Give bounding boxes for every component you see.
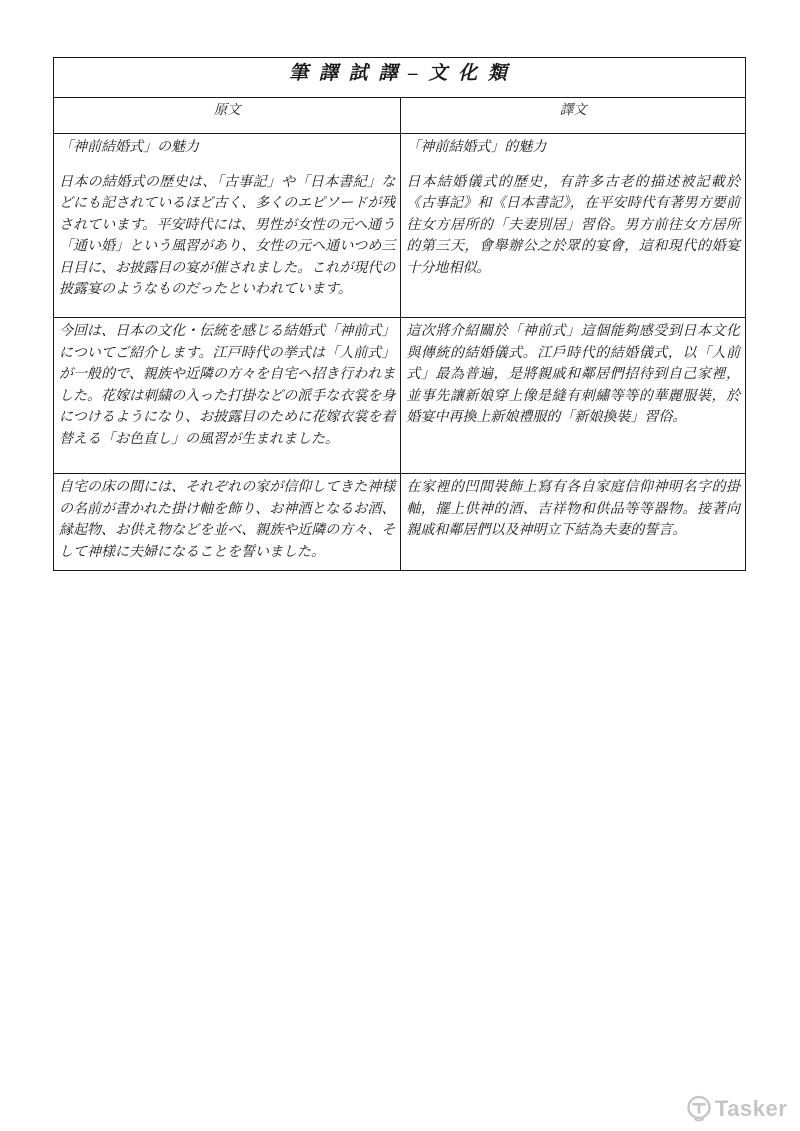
column-header-target: 譯文 [401, 98, 746, 134]
watermark-label: Tasker [715, 1096, 787, 1122]
target-body: 在家裡的凹間裝飾上寫有各自家庭信仰神明名字的掛軸，擺上供神的酒、吉祥物和供品等等… [406, 477, 740, 542]
source-body: 日本の結婚式の歴史は、「古事記」や「日本書紀」などにも記されているほど古く、多く… [59, 172, 395, 301]
table-row: 自宅の床の間には、それぞれの家が信仰してきた神様の名前が書かれた掛け軸を飾り、お… [54, 474, 746, 571]
table-row: 今回は、日本の文化・伝統を感じる結婚式「神前式」についてご紹介します。江戸時代の… [54, 318, 746, 474]
target-cell: 在家裡的凹間裝飾上寫有各自家庭信仰神明名字的掛軸，擺上供神的酒、吉祥物和供品等等… [401, 474, 746, 571]
source-body: 自宅の床の間には、それぞれの家が信仰してきた神様の名前が書かれた掛け軸を飾り、お… [59, 477, 395, 563]
column-header-source: 原文 [54, 98, 401, 134]
target-body: 日本結婚儀式的歷史，有許多古老的描述被記載於《古事記》和《日本書記》，在平安時代… [406, 172, 740, 280]
tasker-logo-icon [686, 1095, 712, 1122]
table-row: 「神前結婚式」の魅力 日本の結婚式の歴史は、「古事記」や「日本書紀」などにも記さ… [54, 134, 746, 318]
target-cell: 這次將介紹關於「神前式」這個能夠感受到日本文化與傳統的結婚儀式。江戶時代的結婚儀… [401, 318, 746, 474]
source-body: 今回は、日本の文化・伝統を感じる結婚式「神前式」についてご紹介します。江戸時代の… [59, 321, 395, 450]
source-heading: 「神前結婚式」の魅力 [59, 137, 395, 159]
document-page: 筆 譯 試 譯 – 文 化 類 原文 譯文 「神前結婚式」の魅力 日本の結婚式の… [0, 0, 800, 1131]
target-cell: 「神前結婚式」的魅力 日本結婚儀式的歷史，有許多古老的描述被記載於《古事記》和《… [401, 134, 746, 318]
tasker-watermark: Tasker [686, 1095, 787, 1122]
target-body: 這次將介紹關於「神前式」這個能夠感受到日本文化與傳統的結婚儀式。江戶時代的結婚儀… [406, 321, 740, 429]
target-heading: 「神前結婚式」的魅力 [406, 137, 740, 159]
column-header-row: 原文 譯文 [54, 98, 746, 134]
source-cell: 自宅の床の間には、それぞれの家が信仰してきた神様の名前が書かれた掛け軸を飾り、お… [54, 474, 401, 571]
page-title: 筆 譯 試 譯 – 文 化 類 [54, 58, 746, 98]
source-cell: 今回は、日本の文化・伝統を感じる結婚式「神前式」についてご紹介します。江戸時代の… [54, 318, 401, 474]
source-cell: 「神前結婚式」の魅力 日本の結婚式の歴史は、「古事記」や「日本書紀」などにも記さ… [54, 134, 401, 318]
title-row: 筆 譯 試 譯 – 文 化 類 [54, 58, 746, 98]
translation-table: 筆 譯 試 譯 – 文 化 類 原文 譯文 「神前結婚式」の魅力 日本の結婚式の… [53, 57, 746, 571]
